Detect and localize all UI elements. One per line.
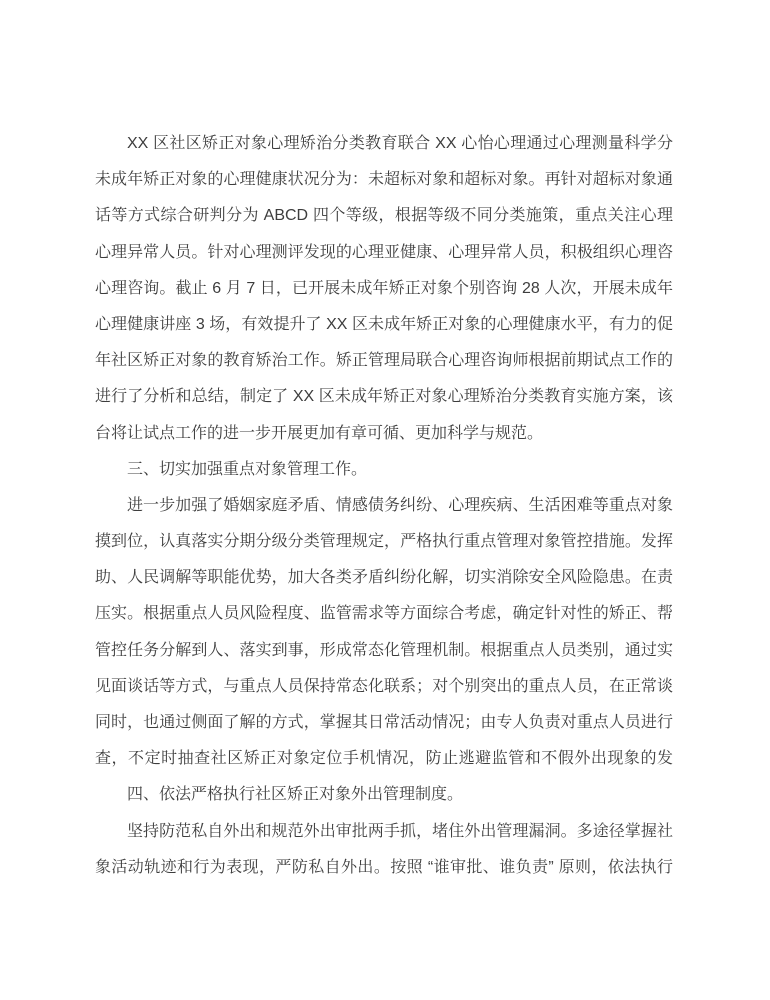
text-line: 坚持防范私自外出和规范外出审批两手抓，堵住外出管理漏洞。多途径掌握社区矫正对: [95, 814, 673, 850]
paragraph-end-line: 台将让试点工作的进一步开展更加有章可循、更加科学与规范。: [95, 416, 673, 452]
text-line: 同时，也通过侧面了解的方式，掌握其日常活动情况；由专人负责对重点人员进行信息化核: [95, 705, 673, 741]
document-page: XX 区社区矫正对象心理矫治分类教育联合 XX 心怡心理通过心理测量科学分类，针…: [0, 0, 770, 1000]
text-line: 心理健康讲座 3 场，有效提升了 XX 区未成年矫正对象的心理健康水平，有力的促…: [95, 307, 673, 343]
text-line: XX 区社区矫正对象心理矫治分类教育联合 XX 心怡心理通过心理测量科学分类，针…: [95, 126, 673, 162]
text-line: 象活动轨迹和行为表现，严防私自外出。按照 “谁审批、谁负责” 原则，依法执行外出…: [95, 850, 673, 886]
section-heading: 四、依法严格执行社区矫正对象外出管理制度。: [95, 777, 673, 813]
text-line: 心理异常人员。针对心理测评发现的心理亚健康、心理异常人员，积极组织心理咨询师进行: [95, 235, 673, 271]
text-line: 摸到位，认真落实分期分级分类管理规定，严格执行重点管理对象管控措施。发挥法律援: [95, 524, 673, 560]
paragraph-end-line: 查，不定时抽查社区矫正对象定位手机情况，防止逃避监管和不假外出现象的发生。: [95, 741, 673, 777]
document-body: XX 区社区矫正对象心理矫治分类教育联合 XX 心怡心理通过心理测量科学分类，针…: [95, 126, 673, 886]
section-heading: 三、切实加强重点对象管理工作。: [95, 452, 673, 488]
text-line: 心理咨询。截止 6 月 7 日，已开展未成年矫正对象个别咨询 28 人次，开展未…: [95, 271, 673, 307]
text-line: 进行了分析和总结，制定了 XX 区未成年矫正对象心理矫治分类教育实施方案，该方案…: [95, 379, 673, 415]
text-line: 压实。根据重点人员风险程度、监管需求等方面综合考虑，确定针对性的矫正、帮扶措施，: [95, 596, 673, 632]
text-line: 话等方式综合研判分为 ABCD 四个等级，根据等级不同分类施策，重点关注心理亚健…: [95, 198, 673, 234]
text-line: 管控任务分解到人、落实到事，形成常态化管理机制。根据重点人员类别，通过实地走访、: [95, 633, 673, 669]
text-line: 见面谈话等方式，与重点人员保持常态化联系；对个别突出的重点人员，在正常谈心谈话的: [95, 669, 673, 705]
text-line: 进一步加强了婚姻家庭矛盾、情感债务纠纷、心理疾病、生活困难等重点对象摸排准、: [95, 488, 673, 524]
text-line: 未成年矫正对象的心理健康状况分为：未超标对象和超标对象。再针对超标对象通过个案谈: [95, 162, 673, 198]
text-line: 年社区矫正对象的教育矫治工作。矫正管理局联合心理咨询师根据前期试点工作的开展情况: [95, 343, 673, 379]
text-line: 助、人民调解等职能优势，加大各类矛盾纠纷化解，切实消除安全风险隐患。在责任上压紧: [95, 560, 673, 596]
